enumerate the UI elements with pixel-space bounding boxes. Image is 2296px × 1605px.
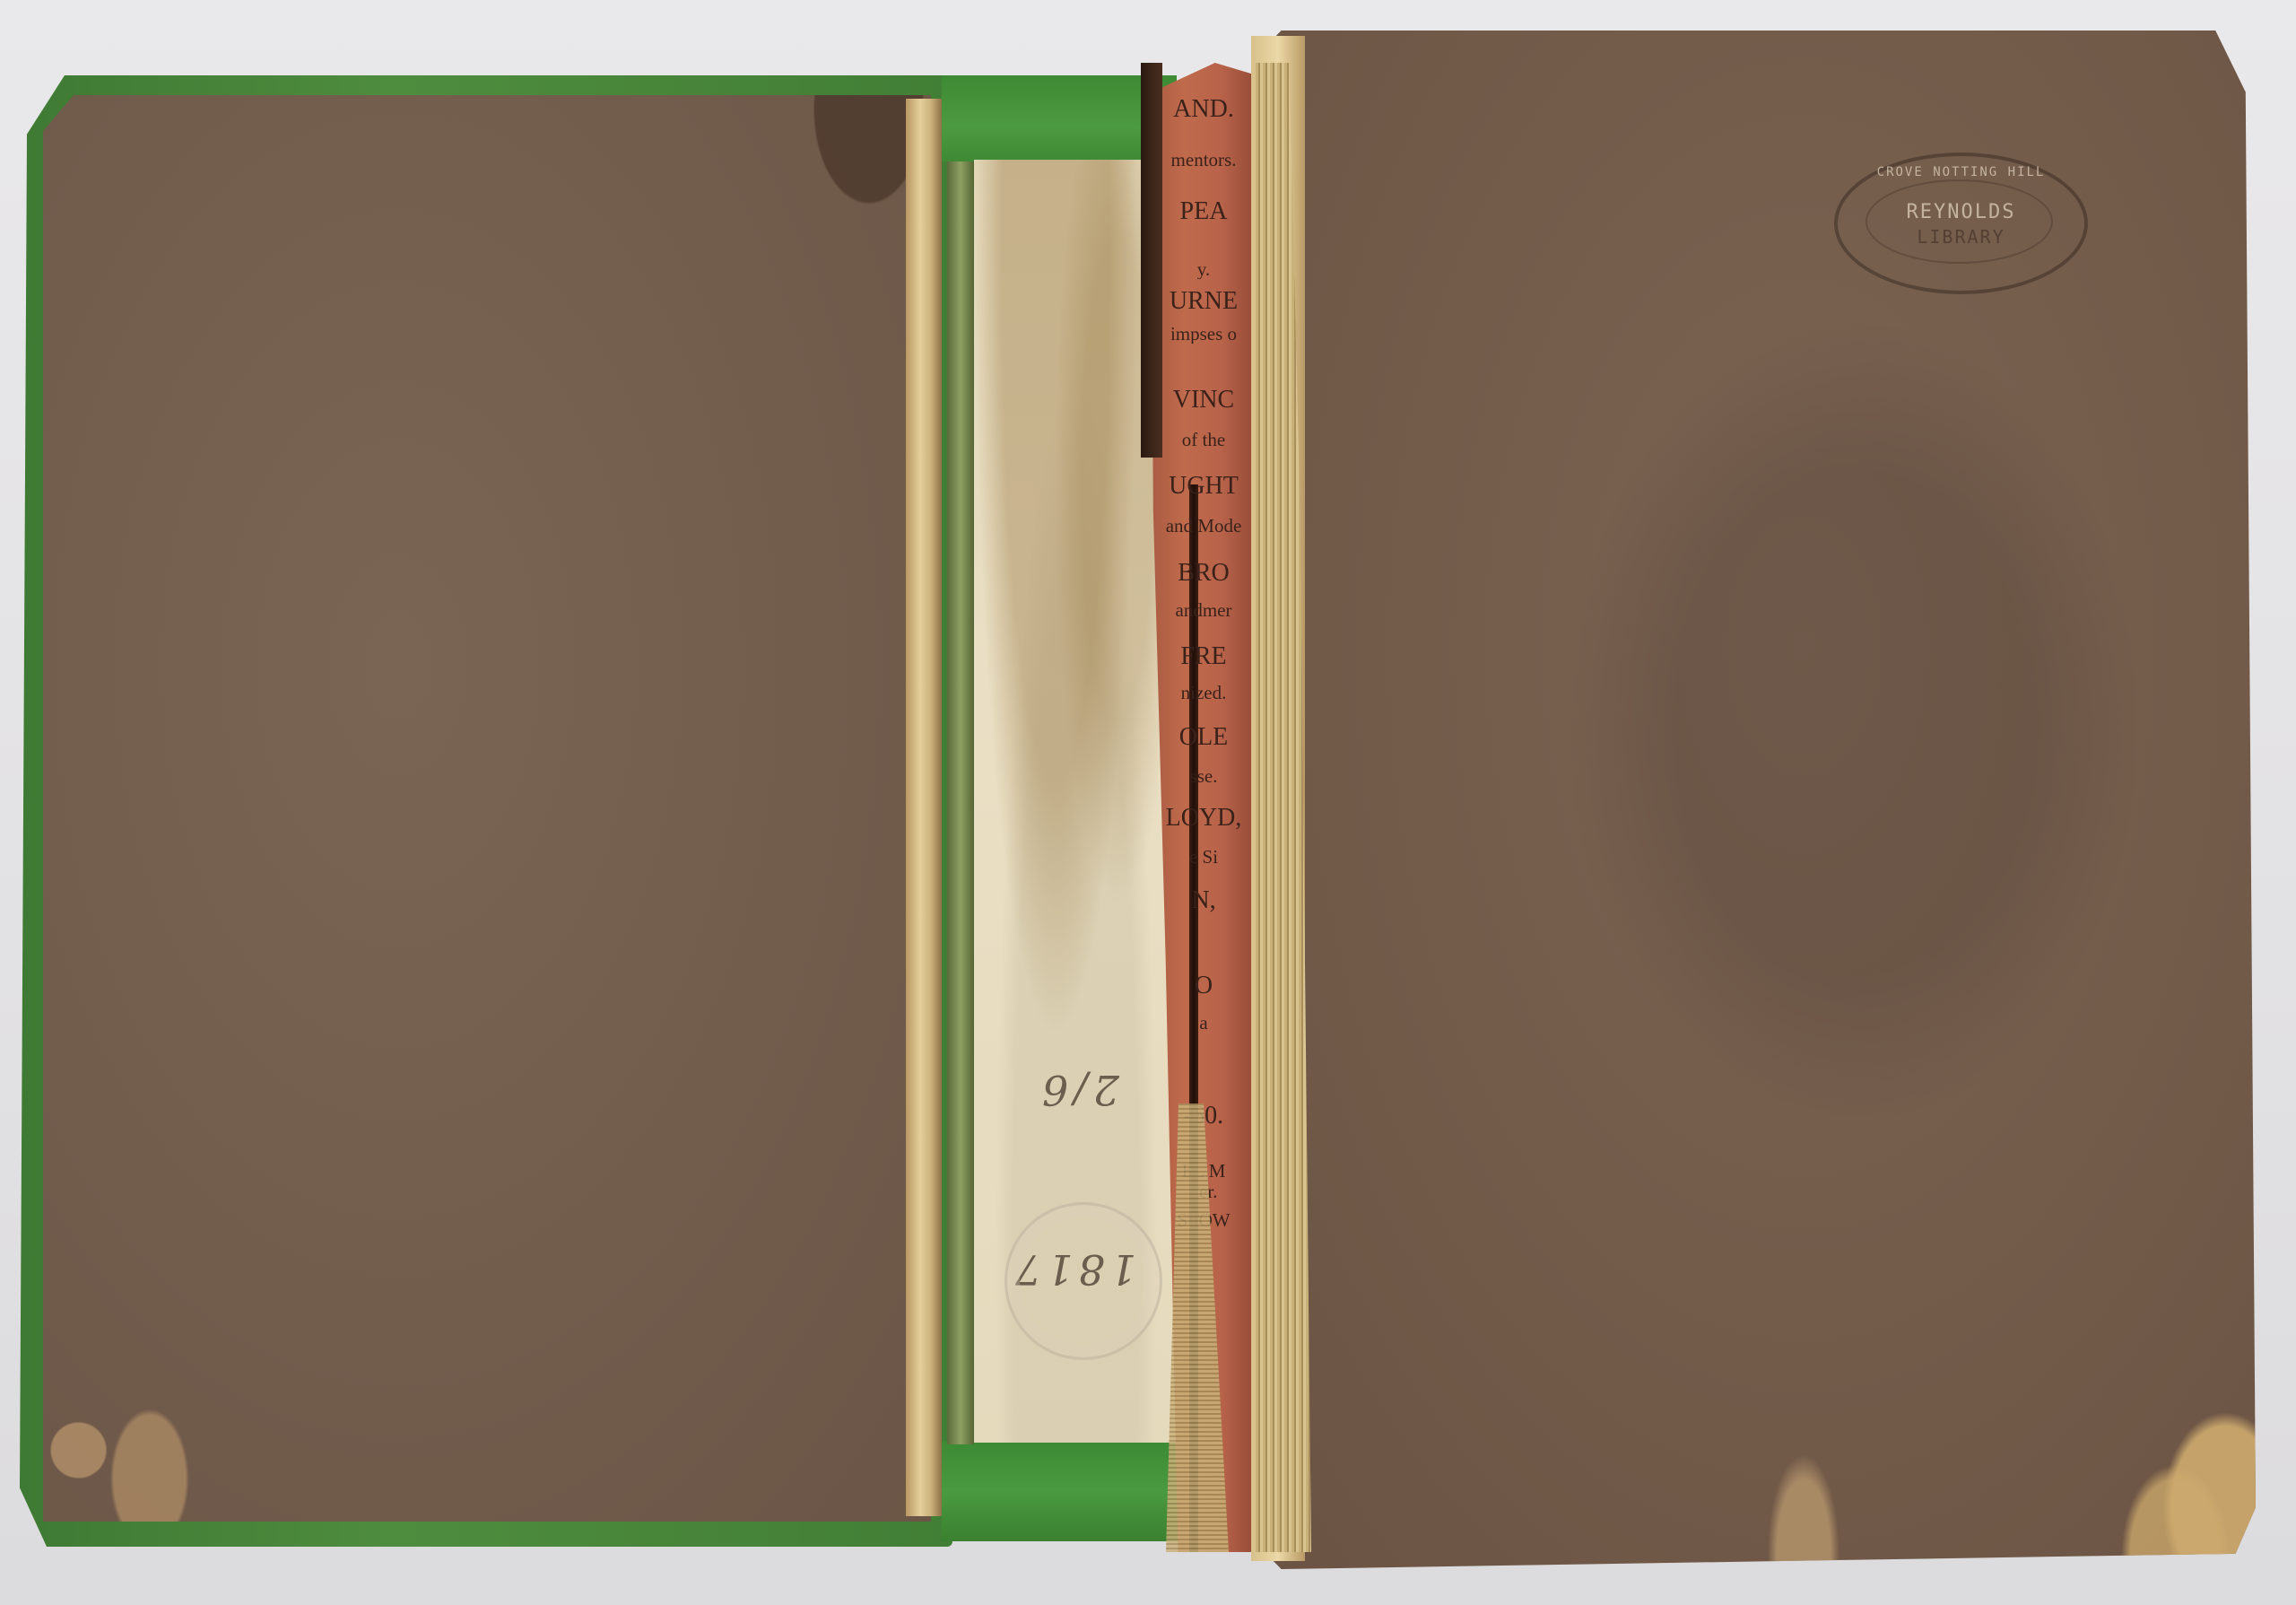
- spine-text: URNE: [1150, 289, 1257, 314]
- spine-text: impses o: [1150, 325, 1257, 344]
- spine-text: N,: [1150, 888, 1257, 913]
- right-cover-board: [1251, 31, 2256, 1569]
- spine-text: VINC: [1150, 388, 1257, 413]
- stamp-inner-ring: [1865, 179, 2053, 264]
- spine-text: mentors.: [1150, 151, 1257, 170]
- spine-cloth-bottom: [942, 1441, 1184, 1541]
- spine-text: of the: [1150, 431, 1257, 449]
- left-pastedown-paper: [43, 95, 931, 1522]
- spine-text: and Mode: [1150, 517, 1257, 536]
- spine-text: UGHT: [1150, 474, 1257, 499]
- spine-text: e Si: [1150, 848, 1257, 867]
- spine-text: AND.: [1150, 97, 1257, 122]
- spine-text: O: [1150, 973, 1257, 999]
- spine-text: a: [1150, 1014, 1257, 1033]
- spine-text: LOYD,: [1150, 806, 1257, 831]
- spine-text: nized.: [1150, 684, 1257, 702]
- spine-text: y.: [1150, 260, 1257, 279]
- spine-hinge: [947, 161, 974, 1444]
- embossed-seal: [1004, 1202, 1162, 1360]
- left-flyleaf-edge: [906, 99, 942, 1516]
- spine-text: PEA: [1150, 199, 1257, 224]
- spine-text: sse.: [1150, 767, 1257, 786]
- spine-text: FRE: [1150, 644, 1257, 669]
- handwriting-upper: 2/6: [1037, 1066, 1119, 1114]
- spine-text: OLE: [1150, 725, 1257, 750]
- spine-text: BRO: [1150, 561, 1257, 586]
- spine-text: andmer: [1150, 601, 1257, 620]
- stamp-ring-text: CROVE NOTTING HILL: [1838, 165, 2084, 179]
